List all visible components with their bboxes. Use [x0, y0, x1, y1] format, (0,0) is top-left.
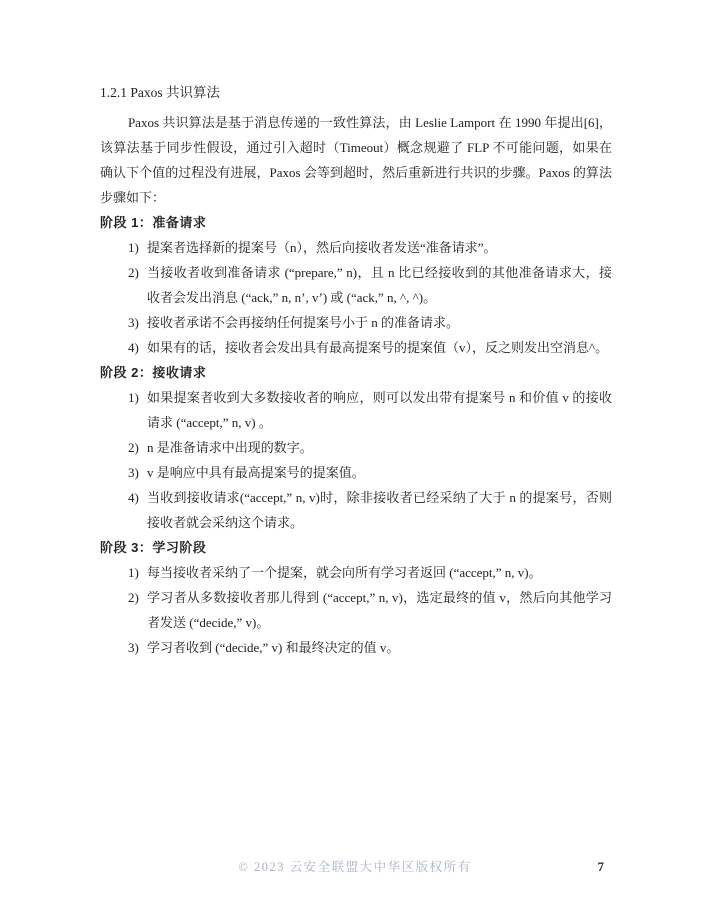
item-number: 1): [128, 385, 147, 410]
list-item: 2) 学习者从多数接收者那儿得到 (“accept,” n, v)，选定最终的值…: [100, 585, 612, 635]
list-item: 3) 学习者收到 (“decide,” v) 和最终决定的值 v。: [100, 635, 612, 660]
list-item: 3) 接收者承诺不会再接纳任何提案号小于 n 的准备请求。: [100, 310, 612, 335]
item-number: 3): [128, 460, 147, 485]
list-item: 1) 提案者选择新的提案号（n），然后向接收者发送“准备请求”。: [100, 235, 612, 260]
item-text: 如果有的话，接收者会发出具有最高提案号的提案值（v），反之则发出空消息^。: [147, 335, 612, 360]
item-number: 2): [128, 585, 147, 610]
phase-section-2: 阶段 2：接收请求 1) 如果提案者收到大多数接收者的响应，则可以发出带有提案号…: [100, 360, 612, 535]
item-text: 每当接收者采纳了一个提案，就会向所有学习者返回 (“accept,” n, v)…: [147, 560, 612, 585]
item-number: 2): [128, 260, 147, 285]
section-heading: 1.2.1 Paxos 共识算法: [100, 80, 612, 105]
item-text: 当收到接收请求(“accept,” n, v)时，除非接收者已经采纳了大于 n …: [147, 485, 612, 535]
item-number: 1): [128, 235, 147, 260]
page-number: 7: [598, 859, 605, 875]
item-text: 学习者从多数接收者那儿得到 (“accept,” n, v)，选定最终的值 v，…: [147, 585, 612, 635]
item-text: v 是响应中具有最高提案号的提案值。: [147, 460, 612, 485]
item-text: 接收者承诺不会再接纳任何提案号小于 n 的准备请求。: [147, 310, 612, 335]
list-item: 4) 当收到接收请求(“accept,” n, v)时，除非接收者已经采纳了大于…: [100, 485, 612, 535]
phase-section-3: 阶段 3：学习阶段 1) 每当接收者采纳了一个提案，就会向所有学习者返回 (“a…: [100, 535, 612, 660]
list-item: 4) 如果有的话，接收者会发出具有最高提案号的提案值（v），反之则发出空消息^。: [100, 335, 612, 360]
phase-section-1: 阶段 1：准备请求 1) 提案者选择新的提案号（n），然后向接收者发送“准备请求…: [100, 210, 612, 360]
item-number: 3): [128, 310, 147, 335]
phase-1-title: 阶段 1：准备请求: [100, 210, 612, 235]
phase-3-title: 阶段 3：学习阶段: [100, 535, 612, 560]
list-item: 1) 每当接收者采纳了一个提案，就会向所有学习者返回 (“accept,” n,…: [100, 560, 612, 585]
item-text: 如果提案者收到大多数接收者的响应，则可以发出带有提案号 n 和价值 v 的接收请…: [147, 385, 612, 435]
list-item: 2) n 是准备请求中出现的数字。: [100, 435, 612, 460]
item-number: 4): [128, 485, 147, 510]
list-item: 1) 如果提案者收到大多数接收者的响应，则可以发出带有提案号 n 和价值 v 的…: [100, 385, 612, 435]
item-number: 1): [128, 560, 147, 585]
item-text: 学习者收到 (“decide,” v) 和最终决定的值 v。: [147, 635, 612, 660]
list-item: 2) 当接收者收到准备请求 (“prepare,” n)，且 n 比已经接收到的…: [100, 260, 612, 310]
item-text: 提案者选择新的提案号（n），然后向接收者发送“准备请求”。: [147, 235, 612, 260]
list-item: 3) v 是响应中具有最高提案号的提案值。: [100, 460, 612, 485]
item-text: n 是准备请求中出现的数字。: [147, 435, 612, 460]
document-page: 1.2.1 Paxos 共识算法 Paxos 共识算法是基于消息传递的一致性算法…: [0, 0, 710, 919]
item-text: 当接收者收到准备请求 (“prepare,” n)，且 n 比已经接收到的其他准…: [147, 260, 612, 310]
item-number: 3): [128, 635, 147, 660]
intro-paragraph: Paxos 共识算法是基于消息传递的一致性算法，由 Leslie Lamport…: [100, 110, 612, 210]
phase-2-title: 阶段 2：接收请求: [100, 360, 612, 385]
item-number: 2): [128, 435, 147, 460]
page-content: 1.2.1 Paxos 共识算法 Paxos 共识算法是基于消息传递的一致性算法…: [100, 80, 612, 660]
item-number: 4): [128, 335, 147, 360]
